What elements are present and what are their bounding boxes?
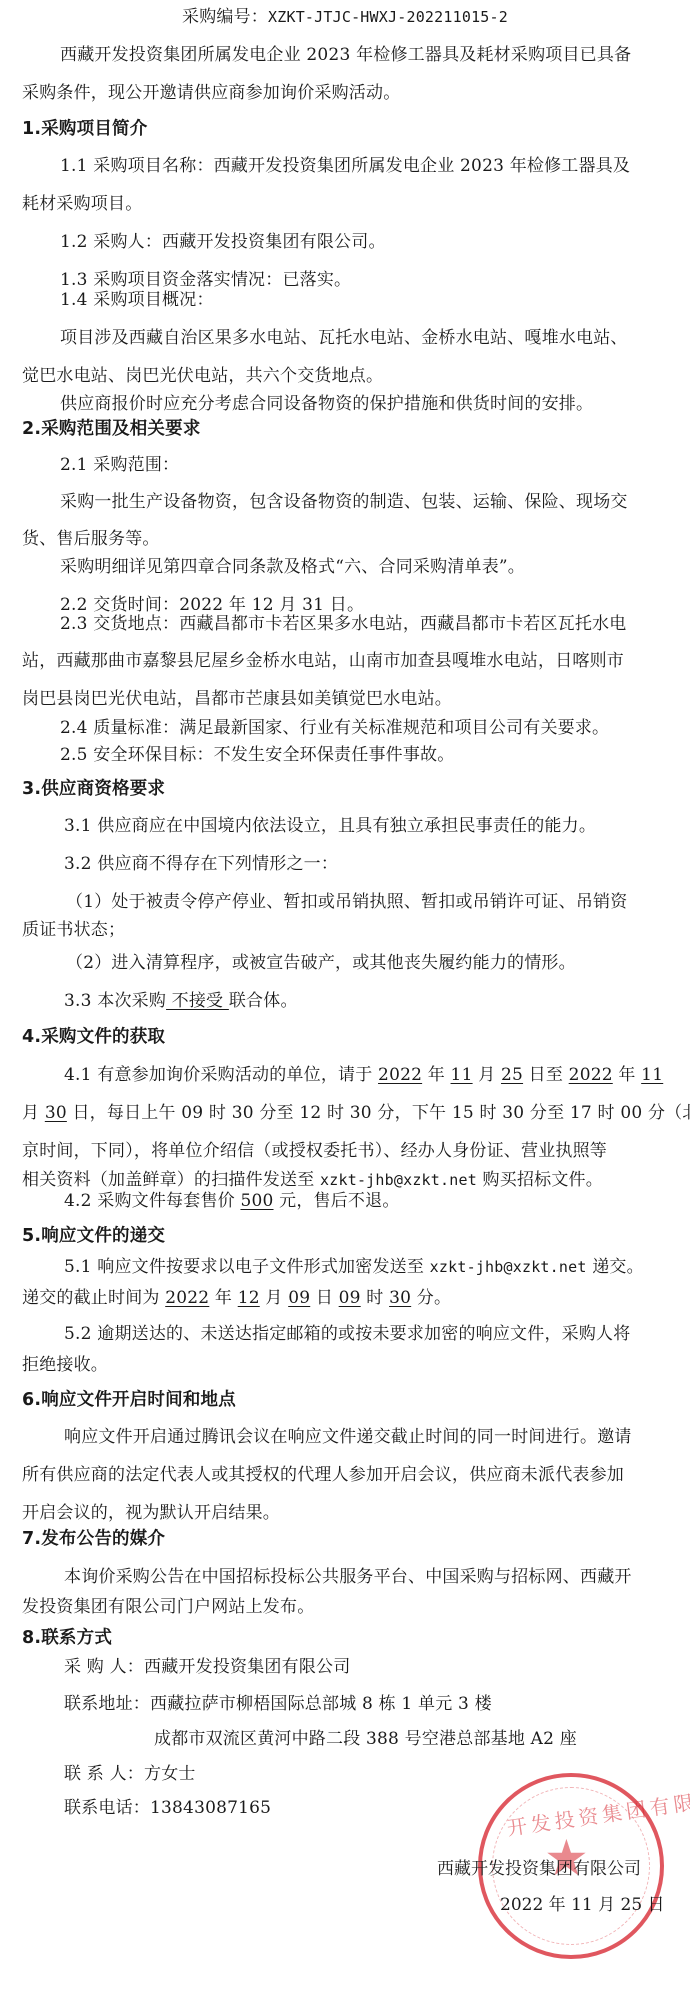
contact-address-row: 联系地址：西藏拉萨市柳梧国际总部城 8 栋 1 单元 3 楼 — [64, 1693, 492, 1715]
s4-start-day: 25 — [501, 1065, 523, 1085]
s4-start-year: 2022 — [378, 1065, 422, 1085]
s2-item-2-4: 2.4 质量标准：满足最新国家、行业有关标准规范和项目公司有关要求。 — [60, 717, 609, 739]
s2-item-2-5: 2.5 安全环保目标：不发生安全环保责任事件事故。 — [60, 744, 454, 766]
s5-text: 递交。 — [587, 1257, 644, 1277]
procurement-number-line: 采购编号：XZKT-JTJC-HWXJ-202211015-2 — [0, 6, 690, 28]
s4-email-link[interactable]: xzkt-jhb@xzkt.net — [320, 1171, 477, 1189]
s6-line-1: 响应文件开启通过腾讯会议在响应文件递交截止时间的同一时间进行。邀请 — [64, 1426, 632, 1448]
procurement-notice-document: 采购编号：XZKT-JTJC-HWXJ-202211015-2 西藏开发投资集团… — [0, 0, 690, 1991]
s5-item-5-2a: 5.2 逾期送达的、未送达指定邮箱的或按未要求加密的响应文件，采购人将 — [64, 1323, 630, 1345]
s5-email-link[interactable]: xzkt-jhb@xzkt.net — [430, 1258, 587, 1276]
s5-text: 分。 — [411, 1288, 451, 1308]
s4-text: 月 — [22, 1103, 45, 1123]
s4-end-month: 11 — [641, 1065, 663, 1085]
s4-end-day: 30 — [45, 1103, 67, 1123]
procurement-number: XZKT-JTJC-HWXJ-202211015-2 — [268, 8, 508, 26]
s4-text: 相关资料（加盖鲜章）的扫描件发送至 — [22, 1170, 320, 1190]
s1-item-1-2: 1.2 采购人：西藏开发投资集团有限公司。 — [60, 231, 386, 253]
section-4-heading: 4.采购文件的获取 — [22, 1026, 165, 1048]
s4-text: 年 — [422, 1065, 450, 1085]
s4-end-year: 2022 — [569, 1065, 613, 1085]
s1-item-1-1a: 1.1 采购项目名称：西藏开发投资集团所属发电企业 2023 年检修工器具及 — [60, 155, 630, 177]
s5-deadline-year: 2022 — [165, 1288, 209, 1308]
s3-condition-2: （2）进入清算程序，或被宣告破产，或其他丧失履约能力的情形。 — [66, 952, 576, 974]
s3-3-underlined-value: 不接受 — [166, 991, 229, 1011]
s5-deadline-hour: 09 — [339, 1288, 361, 1308]
s5-text: 日 — [310, 1288, 338, 1308]
purchaser-value: 西藏开发投资集团有限公司 — [144, 1657, 350, 1677]
s4-item-4-2: 4.2 采购文件每套售价 500 元，售后不退。 — [64, 1190, 400, 1212]
s3-condition-1b: 质证书状态； — [22, 919, 125, 941]
s4-text: 4.2 采购文件每套售价 — [64, 1191, 240, 1211]
s5-item-5-1-deadline: 递交的截止时间为 2022 年 12 月 09 日 09 时 30 分。 — [22, 1287, 451, 1309]
s7-line-1: 本询价采购公告在中国招标投标公共服务平台、中国采购与招标网、西藏开 — [64, 1566, 632, 1588]
contact-person-label: 联 系 人： — [64, 1764, 144, 1784]
section-8-heading: 8.联系方式 — [22, 1627, 112, 1649]
s1-note: 供应商报价时应充分考虑合同设备物资的保护措施和供货时间的安排。 — [60, 393, 593, 415]
s2-item-2-1: 2.1 采购范围： — [60, 454, 179, 476]
s4-text: 元，售后不退。 — [274, 1191, 400, 1211]
s4-text: 日，每日上午 09 时 30 分至 12 时 30 分，下午 15 时 30 分… — [67, 1103, 690, 1123]
section-2-heading: 2.采购范围及相关要求 — [22, 418, 201, 440]
s2-details: 采购明细详见第四章合同条款及格式“六、合同采购清单表”。 — [60, 556, 525, 578]
s3-item-3-3: 3.3 本次采购 不接受 联合体。 — [64, 990, 298, 1012]
intro-line-2: 采购条件，现公开邀请供应商参加询价采购活动。 — [22, 82, 400, 104]
s5-text: 5.1 响应文件按要求以电子文件形式加密发送至 — [64, 1257, 430, 1277]
s4-item-4-1-line1: 4.1 有意参加询价采购活动的单位，请于 2022 年 11 月 25 日至 2… — [64, 1064, 663, 1086]
s3-item-3-2: 3.2 供应商不得存在下列情形之一： — [64, 853, 338, 875]
signature-organization: 西藏开发投资集团有限公司 — [437, 1858, 641, 1880]
s5-item-5-2b: 拒绝接收。 — [22, 1354, 108, 1376]
s4-item-4-1-line3: 京时间，下同），将单位介绍信（或授权委托书）、经办人身份证、营业执照等 — [22, 1140, 607, 1162]
s3-3-suffix: 联合体。 — [229, 991, 298, 1011]
s5-deadline-day: 09 — [288, 1288, 310, 1308]
s4-text: 4.1 有意参加询价采购活动的单位，请于 — [64, 1065, 378, 1085]
s6-line-3: 开启会议的，视为默认开启结果。 — [22, 1502, 280, 1524]
s3-3-prefix: 3.3 本次采购 — [64, 991, 166, 1011]
s5-item-5-1-line1: 5.1 响应文件按要求以电子文件形式加密发送至 xzkt-jhb@xzkt.ne… — [64, 1256, 644, 1278]
section-6-heading: 6.响应文件开启时间和地点 — [22, 1389, 236, 1411]
s5-deadline-month: 12 — [238, 1288, 260, 1308]
s2-scope-a: 采购一批生产设备物资，包含设备物资的制造、包装、运输、保险、现场交 — [60, 491, 628, 513]
s1-item-1-3: 1.3 采购项目资金落实情况：已落实。 — [60, 269, 351, 291]
s4-price: 500 — [240, 1191, 273, 1211]
s5-text: 月 — [260, 1288, 288, 1308]
s4-item-4-1-line4: 相关资料（加盖鲜章）的扫描件发送至 xzkt-jhb@xzkt.net 购买招标… — [22, 1169, 603, 1191]
s6-line-2: 所有供应商的法定代表人或其授权的代理人参加开启会议，供应商未派代表参加 — [22, 1464, 624, 1486]
section-7-heading: 7.发布公告的媒介 — [22, 1528, 165, 1550]
contact-address-value-2: 成都市双流区黄河中路二段 388 号空港总部基地 A2 座 — [154, 1728, 577, 1750]
s2-item-2-3a: 2.3 交货地点：西藏昌都市卡若区果多水电站，西藏昌都市卡若区瓦托水电 — [60, 613, 626, 635]
s4-text: 年 — [613, 1065, 641, 1085]
s2-item-2-3b: 站，西藏那曲市嘉黎县尼屋乡金桥水电站，山南市加查县嘎堆水电站，日喀则市 — [22, 650, 624, 672]
contact-person-value: 方女士 — [144, 1764, 196, 1784]
contact-purchaser-row: 采 购 人：西藏开发投资集团有限公司 — [64, 1656, 350, 1678]
s2-item-2-3c: 岗巴县岗巴光伏电站，昌都市芒康县如美镇觉巴水电站。 — [22, 688, 452, 710]
s5-text: 时 — [361, 1288, 389, 1308]
intro-line-1: 西藏开发投资集团所属发电企业 2023 年检修工器具及耗材采购项目已具备 — [60, 44, 631, 66]
address-label: 联系地址： — [64, 1694, 150, 1714]
section-1-heading: 1.采购项目简介 — [22, 118, 147, 140]
s1-overview-a: 项目涉及西藏自治区果多水电站、瓦托水电站、金桥水电站、嘎堆水电站、 — [60, 327, 628, 349]
s1-overview-b: 觉巴水电站、岗巴光伏电站，共六个交货地点。 — [22, 365, 383, 387]
purchaser-label: 采 购 人： — [64, 1657, 144, 1677]
s4-text: 日至 — [523, 1065, 569, 1085]
s4-item-4-1-line2: 月 30 日，每日上午 09 时 30 分至 12 时 30 分，下午 15 时… — [22, 1102, 690, 1124]
contact-person-row: 联 系 人：方女士 — [64, 1763, 196, 1785]
s2-scope-b: 货、售后服务等。 — [22, 528, 160, 550]
s5-deadline-minute: 30 — [389, 1288, 411, 1308]
section-3-heading: 3.供应商资格要求 — [22, 778, 165, 800]
s4-text: 月 — [473, 1065, 501, 1085]
phone-value[interactable]: 13843087165 — [150, 1798, 271, 1818]
signature-date: 2022 年 11 月 25 日 — [500, 1894, 665, 1916]
s1-item-1-1b: 耗材采购项目。 — [22, 193, 142, 215]
s5-text: 递交的截止时间为 — [22, 1288, 165, 1308]
s7-line-2: 发投资集团有限公司门户网站上发布。 — [22, 1596, 314, 1618]
address-value-1: 西藏拉萨市柳梧国际总部城 8 栋 1 单元 3 楼 — [150, 1694, 492, 1714]
contact-phone-row: 联系电话：13843087165 — [64, 1797, 271, 1819]
s3-condition-1a: （1）处于被责令停产停业、暂扣或吊销执照、暂扣或吊销许可证、吊销资 — [66, 891, 627, 913]
procurement-number-label: 采购编号： — [182, 7, 268, 27]
section-5-heading: 5.响应文件的递交 — [22, 1225, 165, 1247]
s4-start-month: 11 — [451, 1065, 473, 1085]
s5-text: 年 — [209, 1288, 237, 1308]
s4-text: 购买招标文件。 — [477, 1170, 603, 1190]
s1-item-1-4: 1.4 采购项目概况： — [60, 289, 214, 311]
phone-label: 联系电话： — [64, 1798, 150, 1818]
s3-item-3-1: 3.1 供应商应在中国境内依法设立，且具有独立承担民事责任的能力。 — [64, 815, 596, 837]
